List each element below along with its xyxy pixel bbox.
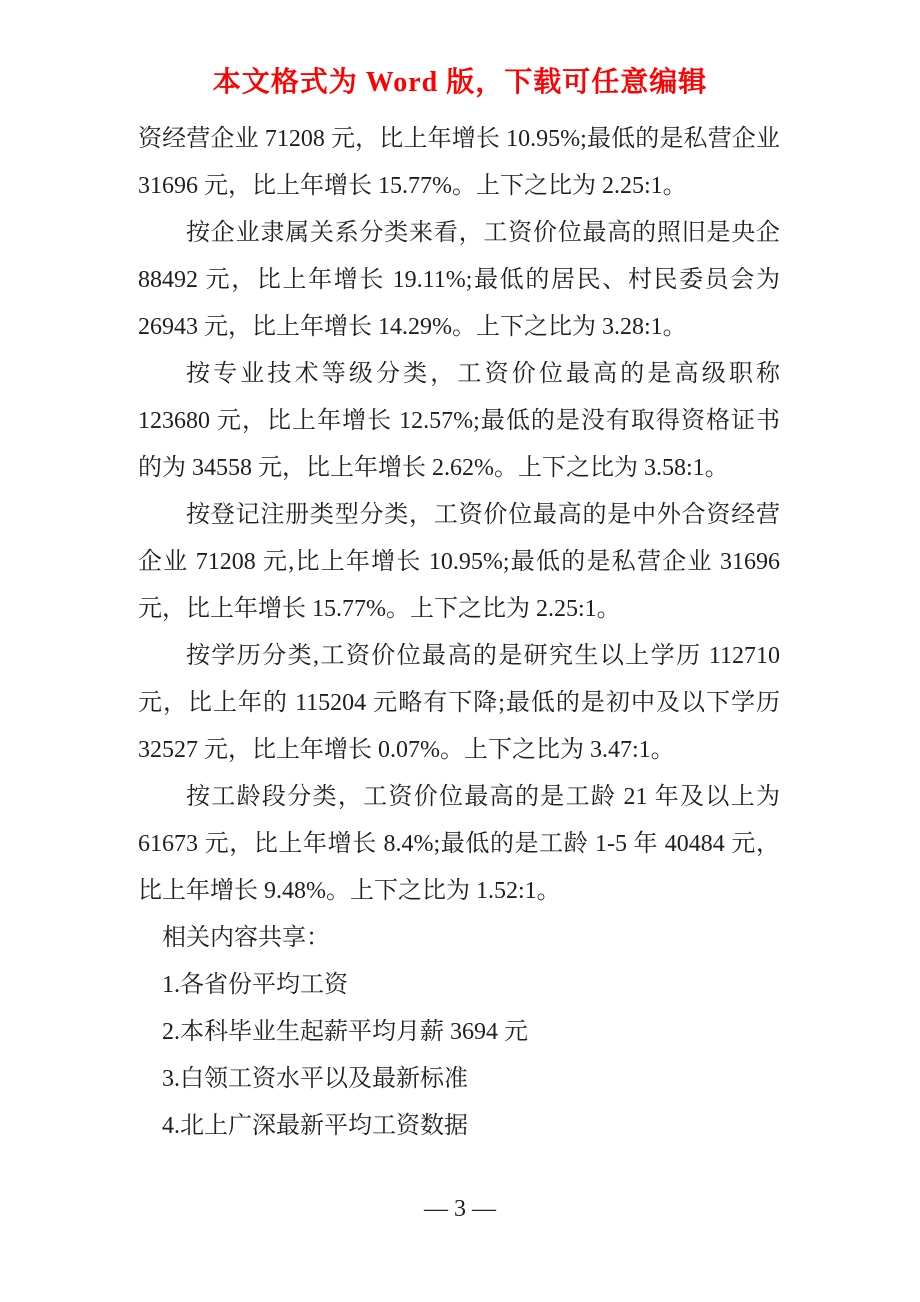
body-paragraph: 按工龄段分类，工资价位最高的是工龄 21 年及以上为 61673 元，比上年增长… (138, 774, 780, 915)
document-body: 资经营企业 71208 元，比上年增长 10.95%;最低的是私营企业 3169… (138, 116, 780, 1150)
body-paragraph: 按企业隶属关系分类来看，工资价位最高的照旧是央企 88492 元，比上年增长 1… (138, 210, 780, 351)
body-paragraph: 1.各省份平均工资 (138, 962, 780, 1009)
body-paragraph: 2.本科毕业生起薪平均月薪 3694 元 (138, 1009, 780, 1056)
page-number: — 3 — (0, 1196, 920, 1223)
body-paragraph: 4.北上广深最新平均工资数据 (138, 1103, 780, 1150)
body-paragraph: 按专业技术等级分类，工资价位最高的是高级职称 123680 元，比上年增长 12… (138, 351, 780, 492)
body-paragraph: 3.白领工资水平以及最新标准 (138, 1056, 780, 1103)
body-paragraph: 按登记注册类型分类，工资价位最高的是中外合资经营企业 71208 元,比上年增长… (138, 492, 780, 633)
body-paragraph: 按学历分类,工资价位最高的是研究生以上学历 112710 元，比上年的 1152… (138, 633, 780, 774)
document-page: 本文格式为 Word 版，下载可任意编辑 资经营企业 71208 元，比上年增长… (0, 0, 920, 1302)
body-paragraph: 资经营企业 71208 元，比上年增长 10.95%;最低的是私营企业 3169… (138, 116, 780, 210)
body-paragraph: 相关内容共享： (138, 915, 780, 962)
format-notice-banner: 本文格式为 Word 版，下载可任意编辑 (0, 62, 920, 104)
